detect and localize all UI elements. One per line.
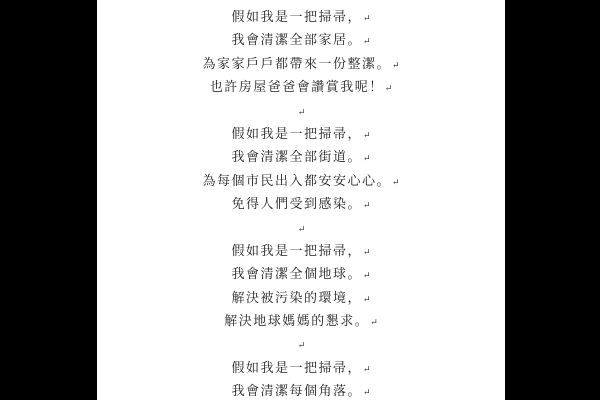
line-break-mark-icon: ↵	[363, 295, 371, 305]
poem-line: 我會清潔全部家居。↵	[97, 29, 505, 52]
poem-line: 我會清潔全部街道。↵	[97, 146, 505, 169]
poem-line: 假如我是一把掃帚，↵	[97, 6, 505, 29]
line-break-mark-icon: ↵	[298, 108, 306, 118]
poem-line-text: 為每個市民出入都安安心心。	[202, 174, 391, 189]
poem-line-text: 我會清潔全部街道。	[231, 150, 362, 165]
poem-line-text: 我會清潔每個角落。	[231, 384, 362, 399]
poem-line: 為每個市民出入都安安心心。↵	[97, 170, 505, 193]
line-break-mark-icon: ↵	[363, 365, 371, 375]
poem-line: 為家家戶戶都帶來一份整潔。↵	[97, 53, 505, 76]
poem-line-text: 也許房屋爸爸會讚賞我呢！	[210, 80, 384, 95]
line-break-mark-icon: ↵	[363, 154, 371, 164]
letterbox-left	[0, 0, 97, 400]
poem-line-text: 假如我是一把掃帚，	[231, 10, 362, 25]
poem-line: ↵	[97, 100, 505, 123]
poem-line-text: 我會清潔全個地球。	[231, 267, 362, 282]
poem-line: ↵	[97, 333, 505, 356]
poem-line-text: 為家家戶戶都帶來一份整潔。	[202, 57, 391, 72]
poem-line: 假如我是一把掃帚，↵	[97, 123, 505, 146]
line-break-mark-icon: ↵	[363, 388, 371, 398]
line-break-mark-icon: ↵	[363, 271, 371, 281]
poem-line: 假如我是一把掃帚，↵	[97, 240, 505, 263]
document-page: 假如我是一把掃帚，↵我會清潔全部家居。↵為家家戶戶都帶來一份整潔。↵也許房屋爸爸…	[97, 0, 505, 400]
poem-line-text: 我會清潔全部家居。	[231, 33, 362, 48]
line-break-mark-icon: ↵	[363, 37, 371, 47]
line-break-mark-icon: ↵	[363, 248, 371, 258]
poem-line: 我會清潔全個地球。↵	[97, 263, 505, 286]
poem-line-text: 假如我是一把掃帚，	[231, 127, 362, 142]
line-break-mark-icon: ↵	[363, 131, 371, 141]
poem-line-text: 假如我是一把掃帚，	[231, 361, 362, 376]
poem-line: ↵	[97, 217, 505, 240]
poem-line: 我會清潔每個角落。↵	[97, 380, 505, 400]
line-break-mark-icon: ↵	[298, 225, 306, 235]
poem-text: 假如我是一把掃帚，↵我會清潔全部家居。↵為家家戶戶都帶來一份整潔。↵也許房屋爸爸…	[97, 0, 505, 400]
poem-line: 解決地球媽媽的懇求。↵	[97, 310, 505, 333]
poem-line: 解決被污染的環境，↵	[97, 287, 505, 310]
line-break-mark-icon: ↵	[298, 341, 306, 351]
line-break-mark-icon: ↵	[385, 84, 393, 94]
poem-line: 免得人們受到感染。↵	[97, 193, 505, 216]
poem-line-text: 假如我是一把掃帚，	[231, 244, 362, 259]
line-break-mark-icon: ↵	[363, 14, 371, 24]
poem-line-text: 解決被污染的環境，	[231, 291, 362, 306]
line-break-mark-icon: ↵	[392, 61, 400, 71]
poem-line: 也許房屋爸爸會讚賞我呢！↵	[97, 76, 505, 99]
line-break-mark-icon: ↵	[392, 178, 400, 188]
poem-line: 假如我是一把掃帚，↵	[97, 357, 505, 380]
line-break-mark-icon: ↵	[363, 201, 371, 211]
poem-line-text: 解決地球媽媽的懇求。	[224, 314, 369, 329]
line-break-mark-icon: ↵	[370, 318, 378, 328]
letterbox-right	[505, 0, 600, 400]
poem-line-text: 免得人們受到感染。	[231, 197, 362, 212]
